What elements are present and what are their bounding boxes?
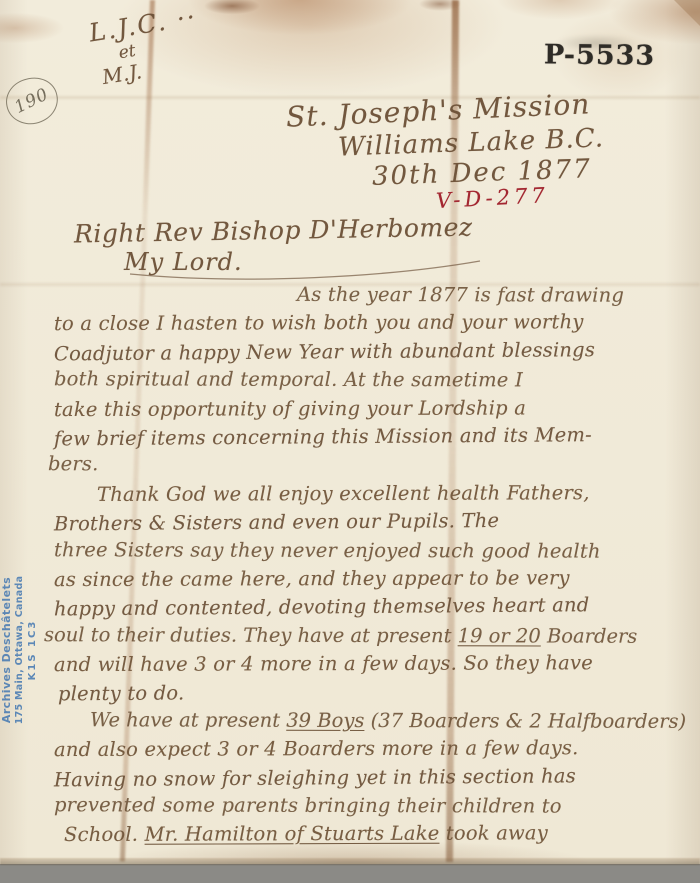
body-line: Having no snow for sleighing yet in this… [42, 761, 682, 794]
body-line: Brothers & Sisters and even our Pupils. … [42, 506, 682, 539]
body-line: few brief items concerning this Mission … [42, 420, 682, 453]
archive-stamp-postal-code: K1S 1C3 [26, 560, 39, 740]
body-line: bers. [42, 451, 682, 481]
body-line: soul to their duties. They have at prese… [42, 621, 682, 651]
archive-stamp-name: Archives Deschâtelets [0, 560, 13, 740]
page-number-text: 190 [12, 84, 53, 118]
body-line: and will have 3 or 4 more in a few days.… [42, 649, 682, 680]
archive-ownership-stamp: Archives Deschâtelets 175 Main, Ottawa, … [0, 560, 44, 740]
body-line: prevented some parents bringing their ch… [42, 791, 682, 821]
body-line: We have at present 39 Boys (37 Boarders … [42, 706, 682, 736]
body-line: both spiritual and temporal. At the same… [42, 365, 682, 395]
body-line: as since the came here, and they appear … [42, 564, 682, 595]
catalog-number-stamp: P-5533 [544, 39, 656, 71]
body-line: and also expect 3 or 4 Boarders more in … [42, 734, 682, 765]
body-line: plenty to do. [42, 676, 682, 709]
archive-stamp-address: 175 Main, Ottawa, Canada [13, 560, 26, 740]
paper-bottom-edge [0, 858, 700, 865]
pen-flourish [128, 258, 488, 282]
body-line: happy and contented, devoting themselves… [42, 591, 682, 624]
body-line: School. Mr. Hamilton of Stuarts Lake too… [42, 819, 682, 850]
body-line: Thank God we all enjoy excellent health … [42, 479, 682, 510]
body-line: take this opportunity of giving your Lor… [42, 393, 682, 424]
corner-fold-mark [674, 0, 700, 26]
body-line: As the year 1877 is fast drawing [42, 280, 682, 310]
body-line: to a close I hasten to wish both you and… [42, 308, 682, 339]
letter-scan: L.J.C. ·· et M.J. 190 P-5533 St. Joseph'… [0, 0, 700, 883]
letter-body: As the year 1877 is fast drawing to a cl… [42, 281, 682, 849]
body-line: three Sisters say they never enjoyed suc… [42, 536, 682, 566]
body-line: Coadjutor a happy New Year with abundant… [42, 335, 682, 368]
